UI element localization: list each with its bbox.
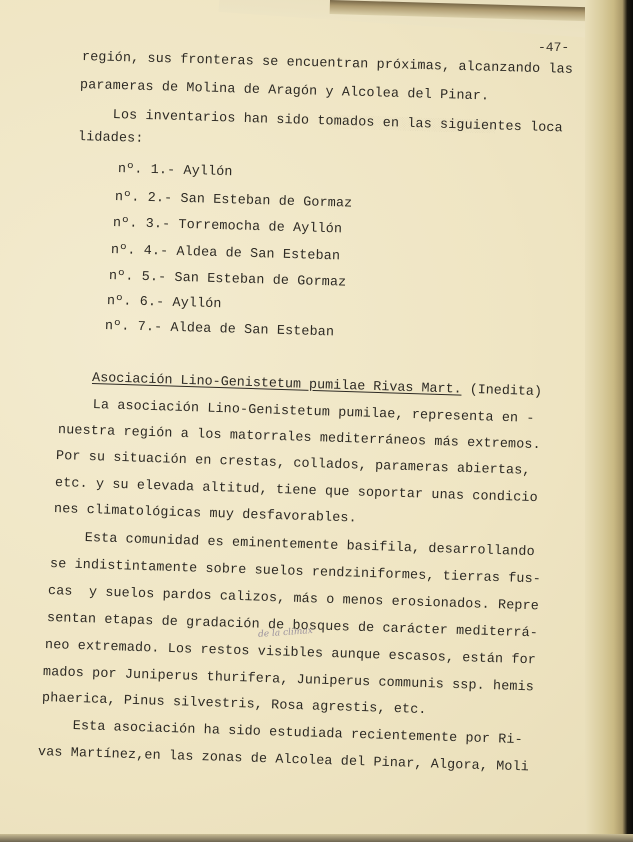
locality-item: nº. 4.- Aldea de San Esteban bbox=[111, 243, 341, 264]
text-line: región, sus fronteras se encuentran próx… bbox=[82, 50, 573, 78]
text-line: nes climatológicas muy desfavorables. bbox=[54, 502, 357, 527]
text-line: neo extremado. Los restos visibles aunqu… bbox=[45, 638, 536, 668]
section-title: Asociación Lino-Genistetum pumilae Rivas… bbox=[92, 371, 462, 398]
text-line: mados por Juniperus thurifera, Juniperus… bbox=[43, 665, 534, 695]
locality-item: nº. 2.- San Esteban de Gormaz bbox=[115, 190, 353, 212]
text-line: parameras de Molina de Aragón y Alcolea … bbox=[80, 78, 490, 104]
locality-item: nº. 5.- San Esteban de Gormaz bbox=[109, 269, 347, 291]
locality-item: nº. 6.- Ayllón bbox=[107, 294, 222, 312]
text-line: lidades: bbox=[78, 130, 144, 147]
locality-item: nº. 7.- Aldea de San Esteban bbox=[105, 319, 335, 340]
page-number: -47- bbox=[538, 40, 569, 55]
section-note: (Inedita) bbox=[461, 383, 542, 401]
locality-item: nº. 3.- Torremocha de Ayllón bbox=[113, 216, 343, 237]
locality-item: nº. 1.- Ayllón bbox=[118, 162, 233, 180]
text-line: nuestra región a los matorrales mediterr… bbox=[58, 423, 541, 453]
text-line: Los inventarios han sido tomados en las … bbox=[80, 107, 563, 136]
text-line: Esta comunidad es eminentemente basifila… bbox=[52, 530, 535, 560]
text-line: cas y suelos pardos calizos, más o menos… bbox=[48, 584, 539, 614]
page-binding-edge bbox=[585, 0, 633, 842]
text-line: etc. y su elevada altitud, tiene que sop… bbox=[55, 476, 538, 506]
text-line: phaerica, Pinus silvestris, Rosa agresti… bbox=[42, 691, 427, 718]
text-line: vas Martínez,en las zonas de Alcolea del… bbox=[38, 745, 529, 775]
text-line: Esta asociación ha sido estudiada recien… bbox=[40, 718, 523, 748]
page-bottom-edge bbox=[0, 834, 633, 842]
text-line: se indistintamente sobre suelos rendzini… bbox=[50, 557, 541, 587]
text-line-content: Los inventarios han sido tomados en las … bbox=[80, 107, 563, 136]
text-line: Por su situación en crestas, collados, p… bbox=[56, 449, 531, 479]
document-page: ░░░░░░░░░░░░░░░░░░░░░░░ -47- región, sus… bbox=[0, 0, 633, 842]
